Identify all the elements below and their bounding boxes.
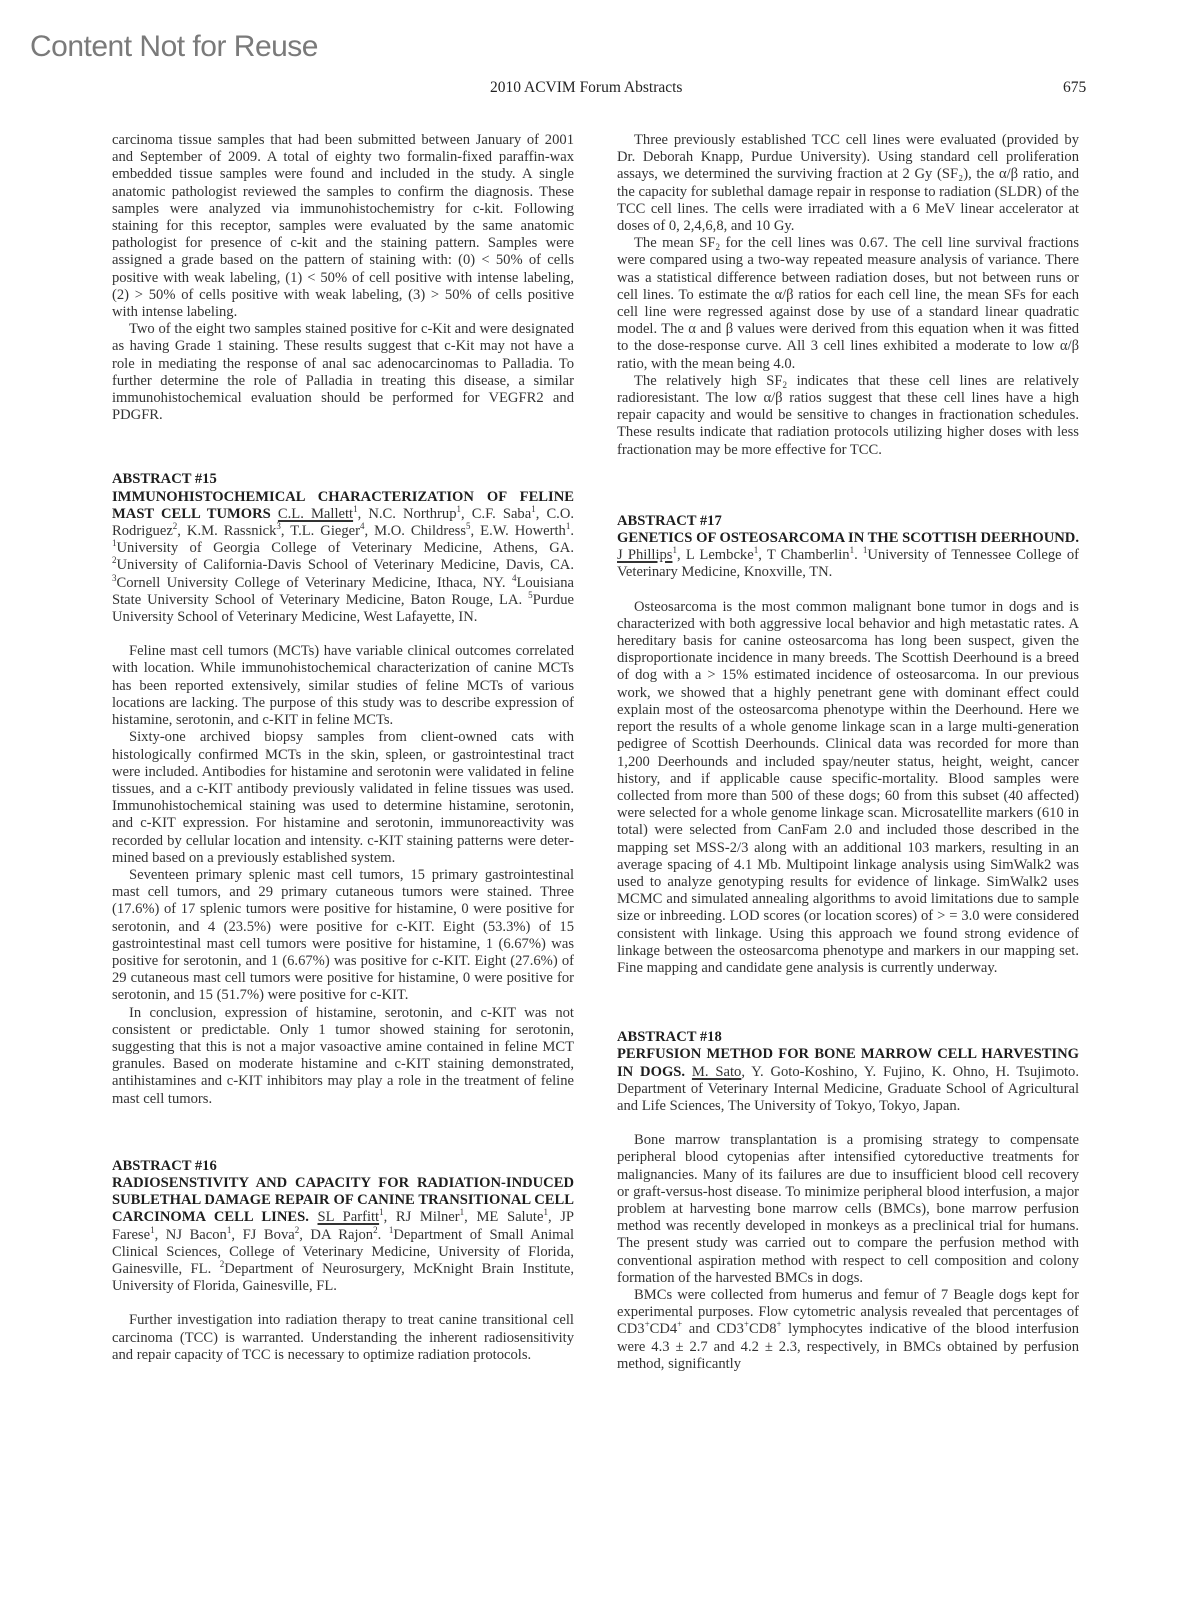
affiliation: Department of Veterinary Internal Medici… (617, 1081, 1079, 1114)
paragraph: Bone marrow transplantation is a promisi… (617, 1132, 1079, 1287)
abstract-title: GENETICS OF OSTEOSARCOMA IN THE SCOTTISH… (617, 530, 1079, 546)
paragraph: BMCs were collected from humerus and fem… (617, 1287, 1079, 1373)
presenting-author: SL Parfitt (318, 1209, 380, 1225)
affiliation: University of Georgia College of Veterin… (117, 540, 575, 556)
abstract-15: ABSTRACT #15 IMMUNOHISTOCHEMICAL CHARACT… (112, 471, 574, 1107)
paragraph: Seventeen primary splenic mast cell tumo… (112, 867, 574, 1005)
paragraph: carcinoma tissue samples that had been s… (112, 132, 574, 321)
author: RJ Milner (396, 1209, 460, 1225)
author: T.L. Gieger (290, 523, 360, 539)
paragraph: Three previously established TCC cell li… (617, 132, 1079, 235)
abstract-17: ABSTRACT #17 GENETICS OF OSTEOSARCOMA IN… (617, 513, 1079, 977)
abstract-heading: RADIOSENSTIVITY AND CAPACITY FOR RADIATI… (112, 1175, 574, 1295)
continued-abstract-left: carcinoma tissue samples that had been s… (112, 132, 574, 424)
author: L Lembcke (686, 547, 754, 563)
authors: , Y. Goto-Koshino, Y. Fujino, K. Ohno, H… (741, 1064, 1079, 1080)
continued-abstract-right: Three previously established TCC cell li… (617, 132, 1079, 459)
paragraph: In conclusion, expression of histamine, … (112, 1005, 574, 1108)
abstract-heading: PERFUSION METHOD FOR BONE MARROW CELL HA… (617, 1046, 1079, 1115)
author: T Chamberlin (767, 547, 850, 563)
abstract-16: ABSTRACT #16 RADIOSENSTIVITY AND CAPACIT… (112, 1158, 574, 1364)
abstract-number: ABSTRACT #17 (617, 513, 1079, 530)
abstract-heading: IMMUNOHISTOCHEMICAL CHARACTERIZATION OF … (112, 489, 574, 627)
watermark: Content Not for Reuse (30, 30, 318, 64)
presenting-author: J Phillips (617, 547, 672, 563)
affiliation: University of California-Davis School of… (117, 557, 575, 573)
author: DA Rajon (310, 1227, 373, 1243)
paragraph: Sixty-one archived biopsy samples from c… (112, 729, 574, 867)
affiliation: Cornell University College of Veterinary… (117, 575, 506, 591)
journal-title: 2010 ACVIM Forum Abstracts (490, 79, 682, 97)
paragraph: Two of the eight two samples stained pos… (112, 321, 574, 424)
author: FJ Bova (243, 1227, 295, 1243)
abstract-heading: GENETICS OF OSTEOSARCOMA IN THE SCOTTISH… (617, 530, 1079, 582)
paragraph: The mean SF2 for the cell lines was 0.67… (617, 235, 1079, 373)
abstract-number: ABSTRACT #16 (112, 1158, 574, 1175)
abstract-18: ABSTRACT #18 PERFUSION METHOD FOR BONE M… (617, 1029, 1079, 1373)
presenting-author: C.L. Mallett (278, 506, 353, 522)
left-column: carcinoma tissue samples that had been s… (112, 132, 574, 1364)
author: K.M. Rassnick (187, 523, 276, 539)
author: N.C. Northrup (368, 506, 456, 522)
presenting-author: M. Sato (692, 1064, 741, 1080)
author: E.W. Howerth (480, 523, 566, 539)
abstract-number: ABSTRACT #15 (112, 471, 574, 488)
paragraph: Further investigation into radiation the… (112, 1312, 574, 1364)
author: C.F. Saba (472, 506, 531, 522)
page-number: 675 (1063, 79, 1086, 97)
abstract-number: ABSTRACT #18 (617, 1029, 1079, 1046)
paragraph: Feline mast cell tumors (MCTs) have vari… (112, 643, 574, 729)
author: NJ Bacon (166, 1227, 227, 1243)
author: M.O. Childress (374, 523, 466, 539)
paragraph: The relatively high SF2 indicates that t… (617, 373, 1079, 459)
right-column: Three previously established TCC cell li… (617, 132, 1079, 1373)
paragraph: Osteosarcoma is the most common malignan… (617, 599, 1079, 977)
author: ME Salute (476, 1209, 543, 1225)
